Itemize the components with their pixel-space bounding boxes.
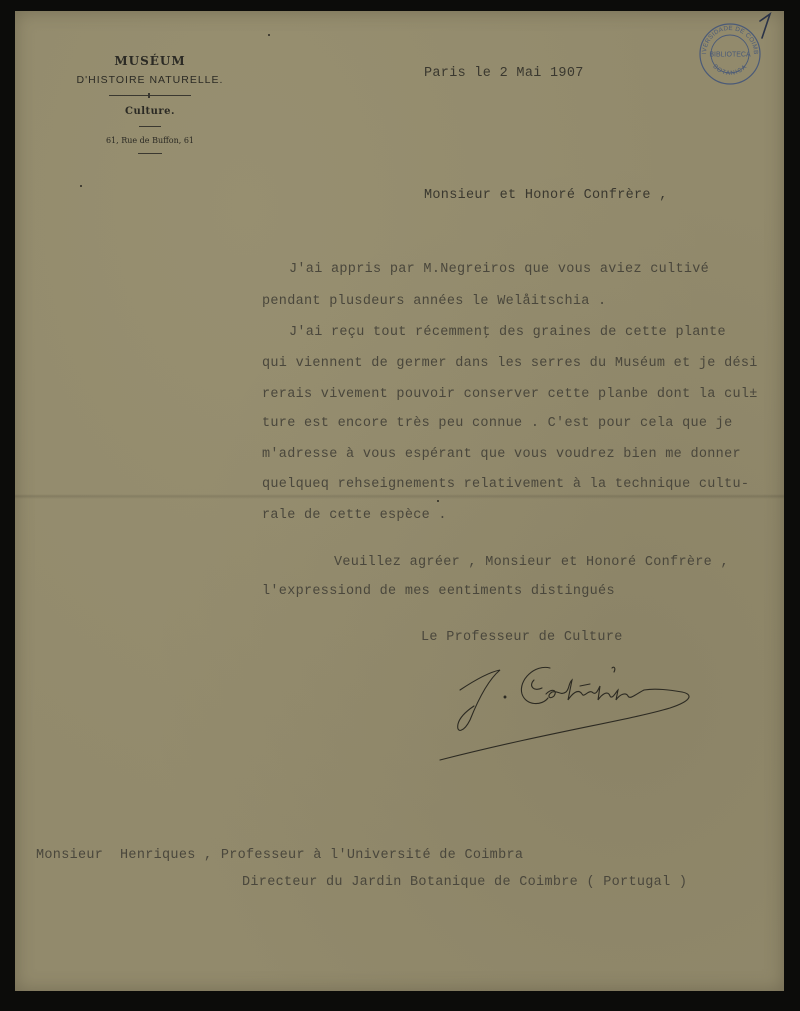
paper-speck <box>437 500 439 502</box>
body-line: J'ai reçu tout récemmenţ des graines de … <box>289 325 726 340</box>
body-line: J'ai appris par M.Negreiros que vous avi… <box>289 262 709 277</box>
body-line: ture est encore très peu connue . C'est … <box>262 416 732 431</box>
closing-line: l'expressiond de mes eentiments distingu… <box>262 584 615 599</box>
letterhead-department: Culture. <box>60 106 240 117</box>
place-date: Paris le 2 Mai 1907 <box>424 66 584 81</box>
svg-text:BOTANICA: BOTANICA <box>711 63 748 77</box>
handwritten-signature <box>430 650 710 770</box>
letterhead-address: 61, Rue de Buffon, 61 <box>60 136 240 145</box>
svg-text:UNIVERSIDADE DE COIMBRA: UNIVERSIDADE DE COIMBRA <box>698 22 759 55</box>
letterhead-subtitle: D'HISTOIRE NATURELLE. <box>60 74 240 86</box>
closing-line: Veuillez agréer , Monsieur et Honoré Con… <box>334 555 729 570</box>
addressee-line: Directeur du Jardin Botanique de Coimbre… <box>242 875 687 890</box>
letter-paper <box>15 11 784 991</box>
folio-number <box>756 12 776 42</box>
letterhead-divider <box>109 95 191 96</box>
body-line: quelqueq rehseignements relativement à l… <box>262 477 749 492</box>
library-stamp-icon: UNIVERSIDADE DE COIMBRA BOTANICA BIBLIOT… <box>698 22 762 86</box>
paper-speck <box>268 34 270 36</box>
paper-speck <box>80 185 82 187</box>
body-line: pendant plusdeurs années le Welåitschia … <box>262 294 606 309</box>
body-line: rale de cette espèce . <box>262 508 447 523</box>
letterhead-divider <box>139 126 161 127</box>
stamp-center-text: BIBLIOTECA <box>709 52 751 59</box>
body-line: m'adresse à vous espérant que vous voudr… <box>262 447 741 462</box>
letterhead-title: MUSÉUM <box>60 54 240 68</box>
body-line: rerais vivement pouvoir conserver cette … <box>262 387 758 402</box>
letterhead-divider <box>138 153 162 154</box>
signatory-title: Le Professeur de Culture <box>421 630 623 645</box>
addressee-line: Monsieur Henriques , Professeur à l'Univ… <box>36 848 523 863</box>
letterhead: MUSÉUM D'HISTOIRE NATURELLE. Culture. 61… <box>60 54 240 154</box>
salutation: Monsieur et Honoré Confrère , <box>424 188 668 203</box>
body-line: qui viennent de germer dans les serres d… <box>262 356 758 371</box>
